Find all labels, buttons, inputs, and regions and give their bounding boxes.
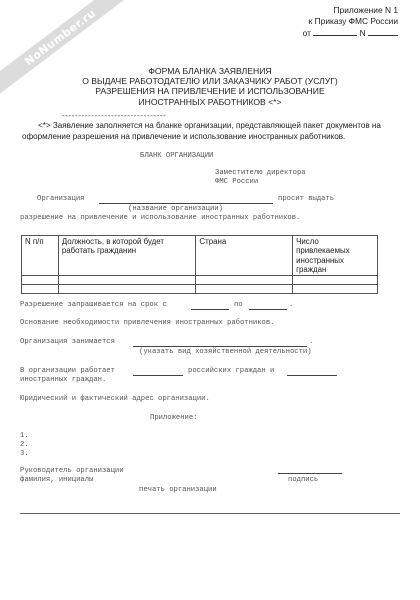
- header-position: Должность, в которой будет работать граж…: [58, 236, 196, 276]
- org-label: Организация: [37, 195, 84, 203]
- table-cell[interactable]: [293, 285, 378, 294]
- activity-hint: (указать вид хозяйственной деятельности): [139, 348, 312, 356]
- stamp-label: печать организации: [139, 486, 217, 494]
- period-label: Разрешение запрашивается на срок с: [20, 301, 167, 309]
- russian-count-field[interactable]: [133, 367, 183, 376]
- signature-label: подпись: [288, 476, 318, 484]
- table-cell[interactable]: [196, 276, 293, 285]
- attachment-title: Приложение:: [150, 414, 197, 422]
- table-cell[interactable]: [22, 285, 59, 294]
- title-line: О ВЫДАЧЕ РАБОТОДАТЕЛЮ ИЛИ ЗАКАЗЧИКУ РАБО…: [0, 76, 420, 86]
- workers-table: N п/п Должность, в которой будет работат…: [21, 235, 378, 294]
- attachment-item: 1.: [20, 432, 29, 440]
- table-cell[interactable]: [58, 276, 196, 285]
- appendix-date-number: от N: [303, 27, 398, 39]
- head-label: Руководитель организации: [20, 467, 124, 475]
- header-country: Страна: [196, 236, 293, 276]
- number-label: N: [360, 28, 366, 38]
- header-number: N п/п: [22, 236, 59, 276]
- basis-text: Основание необходимости привлечения инос…: [20, 319, 274, 327]
- appendix-reference: Приложение N 1 к Приказу ФМС России от N: [303, 5, 398, 39]
- title-line: ФОРМА БЛАНКА ЗАЯВЛЕНИЯ: [0, 66, 420, 76]
- activity-label: Организация занимается: [20, 338, 115, 346]
- table-cell[interactable]: [22, 276, 59, 285]
- bottom-divider: [20, 513, 400, 514]
- attachment-item: 2.: [20, 441, 29, 449]
- footnote-text: <*> Заявление заполняется на бланке орга…: [22, 121, 402, 142]
- table-cell[interactable]: [196, 285, 293, 294]
- appendix-order: к Приказу ФМС России: [303, 16, 398, 27]
- period-start-field[interactable]: [191, 301, 229, 310]
- footnote-separator: --------------------------------: [62, 111, 166, 120]
- number-blank: [368, 27, 398, 36]
- date-blank: [313, 27, 357, 36]
- table-cell[interactable]: [293, 276, 378, 285]
- header-count: Число привлекаемых иностранных граждан: [293, 236, 378, 276]
- document-title: ФОРМА БЛАНКА ЗАЯВЛЕНИЯ О ВЫДАЧЕ РАБОТОДА…: [0, 66, 420, 107]
- table-header-row: N п/п Должность, в которой будет работат…: [22, 236, 378, 276]
- addressee-line-1: Заместителю директора: [215, 169, 306, 177]
- org-blank-label: БЛАНК ОРГАНИЗАЦИИ: [140, 152, 213, 160]
- period-to-label: по: [234, 301, 243, 309]
- address-text: Юридический и фактический адрес организа…: [20, 395, 210, 403]
- permit-text: разрешение на привлечение и использовани…: [20, 214, 300, 222]
- russian-citizens-label: российских граждан и: [188, 367, 274, 375]
- watermark-text: NoNumber.ru: [22, 6, 98, 68]
- org-name-hint: (название организации): [128, 205, 223, 213]
- attachment-item: 3.: [20, 450, 29, 458]
- signature-line[interactable]: [278, 473, 342, 474]
- activity-field[interactable]: [133, 338, 307, 347]
- addressee-line-2: ФМС России: [215, 178, 258, 186]
- table-row: [22, 285, 378, 294]
- org-name-field[interactable]: [99, 195, 273, 204]
- foreign-count-field[interactable]: [287, 367, 337, 376]
- appendix-number: Приложение N 1: [303, 5, 398, 16]
- employs-label: В организации работает: [20, 367, 115, 375]
- name-label: фамилия, инициалы: [20, 476, 93, 484]
- period-end-dot: .: [289, 301, 293, 309]
- title-line: ИНОСТРАННЫХ РАБОТНИКОВ <*>: [0, 97, 420, 107]
- foreign-citizens-label: иностранных граждан.: [20, 376, 106, 384]
- activity-end-dot: .: [309, 338, 313, 346]
- from-label: от: [303, 28, 311, 38]
- requests-label: просит выдать: [278, 195, 334, 203]
- table-row: [22, 276, 378, 285]
- period-end-field[interactable]: [249, 301, 287, 310]
- table-cell[interactable]: [58, 285, 196, 294]
- title-line: РАЗРЕШЕНИЯ НА ПРИВЛЕЧЕНИЕ И ИСПОЛЬЗОВАНИ…: [0, 86, 420, 96]
